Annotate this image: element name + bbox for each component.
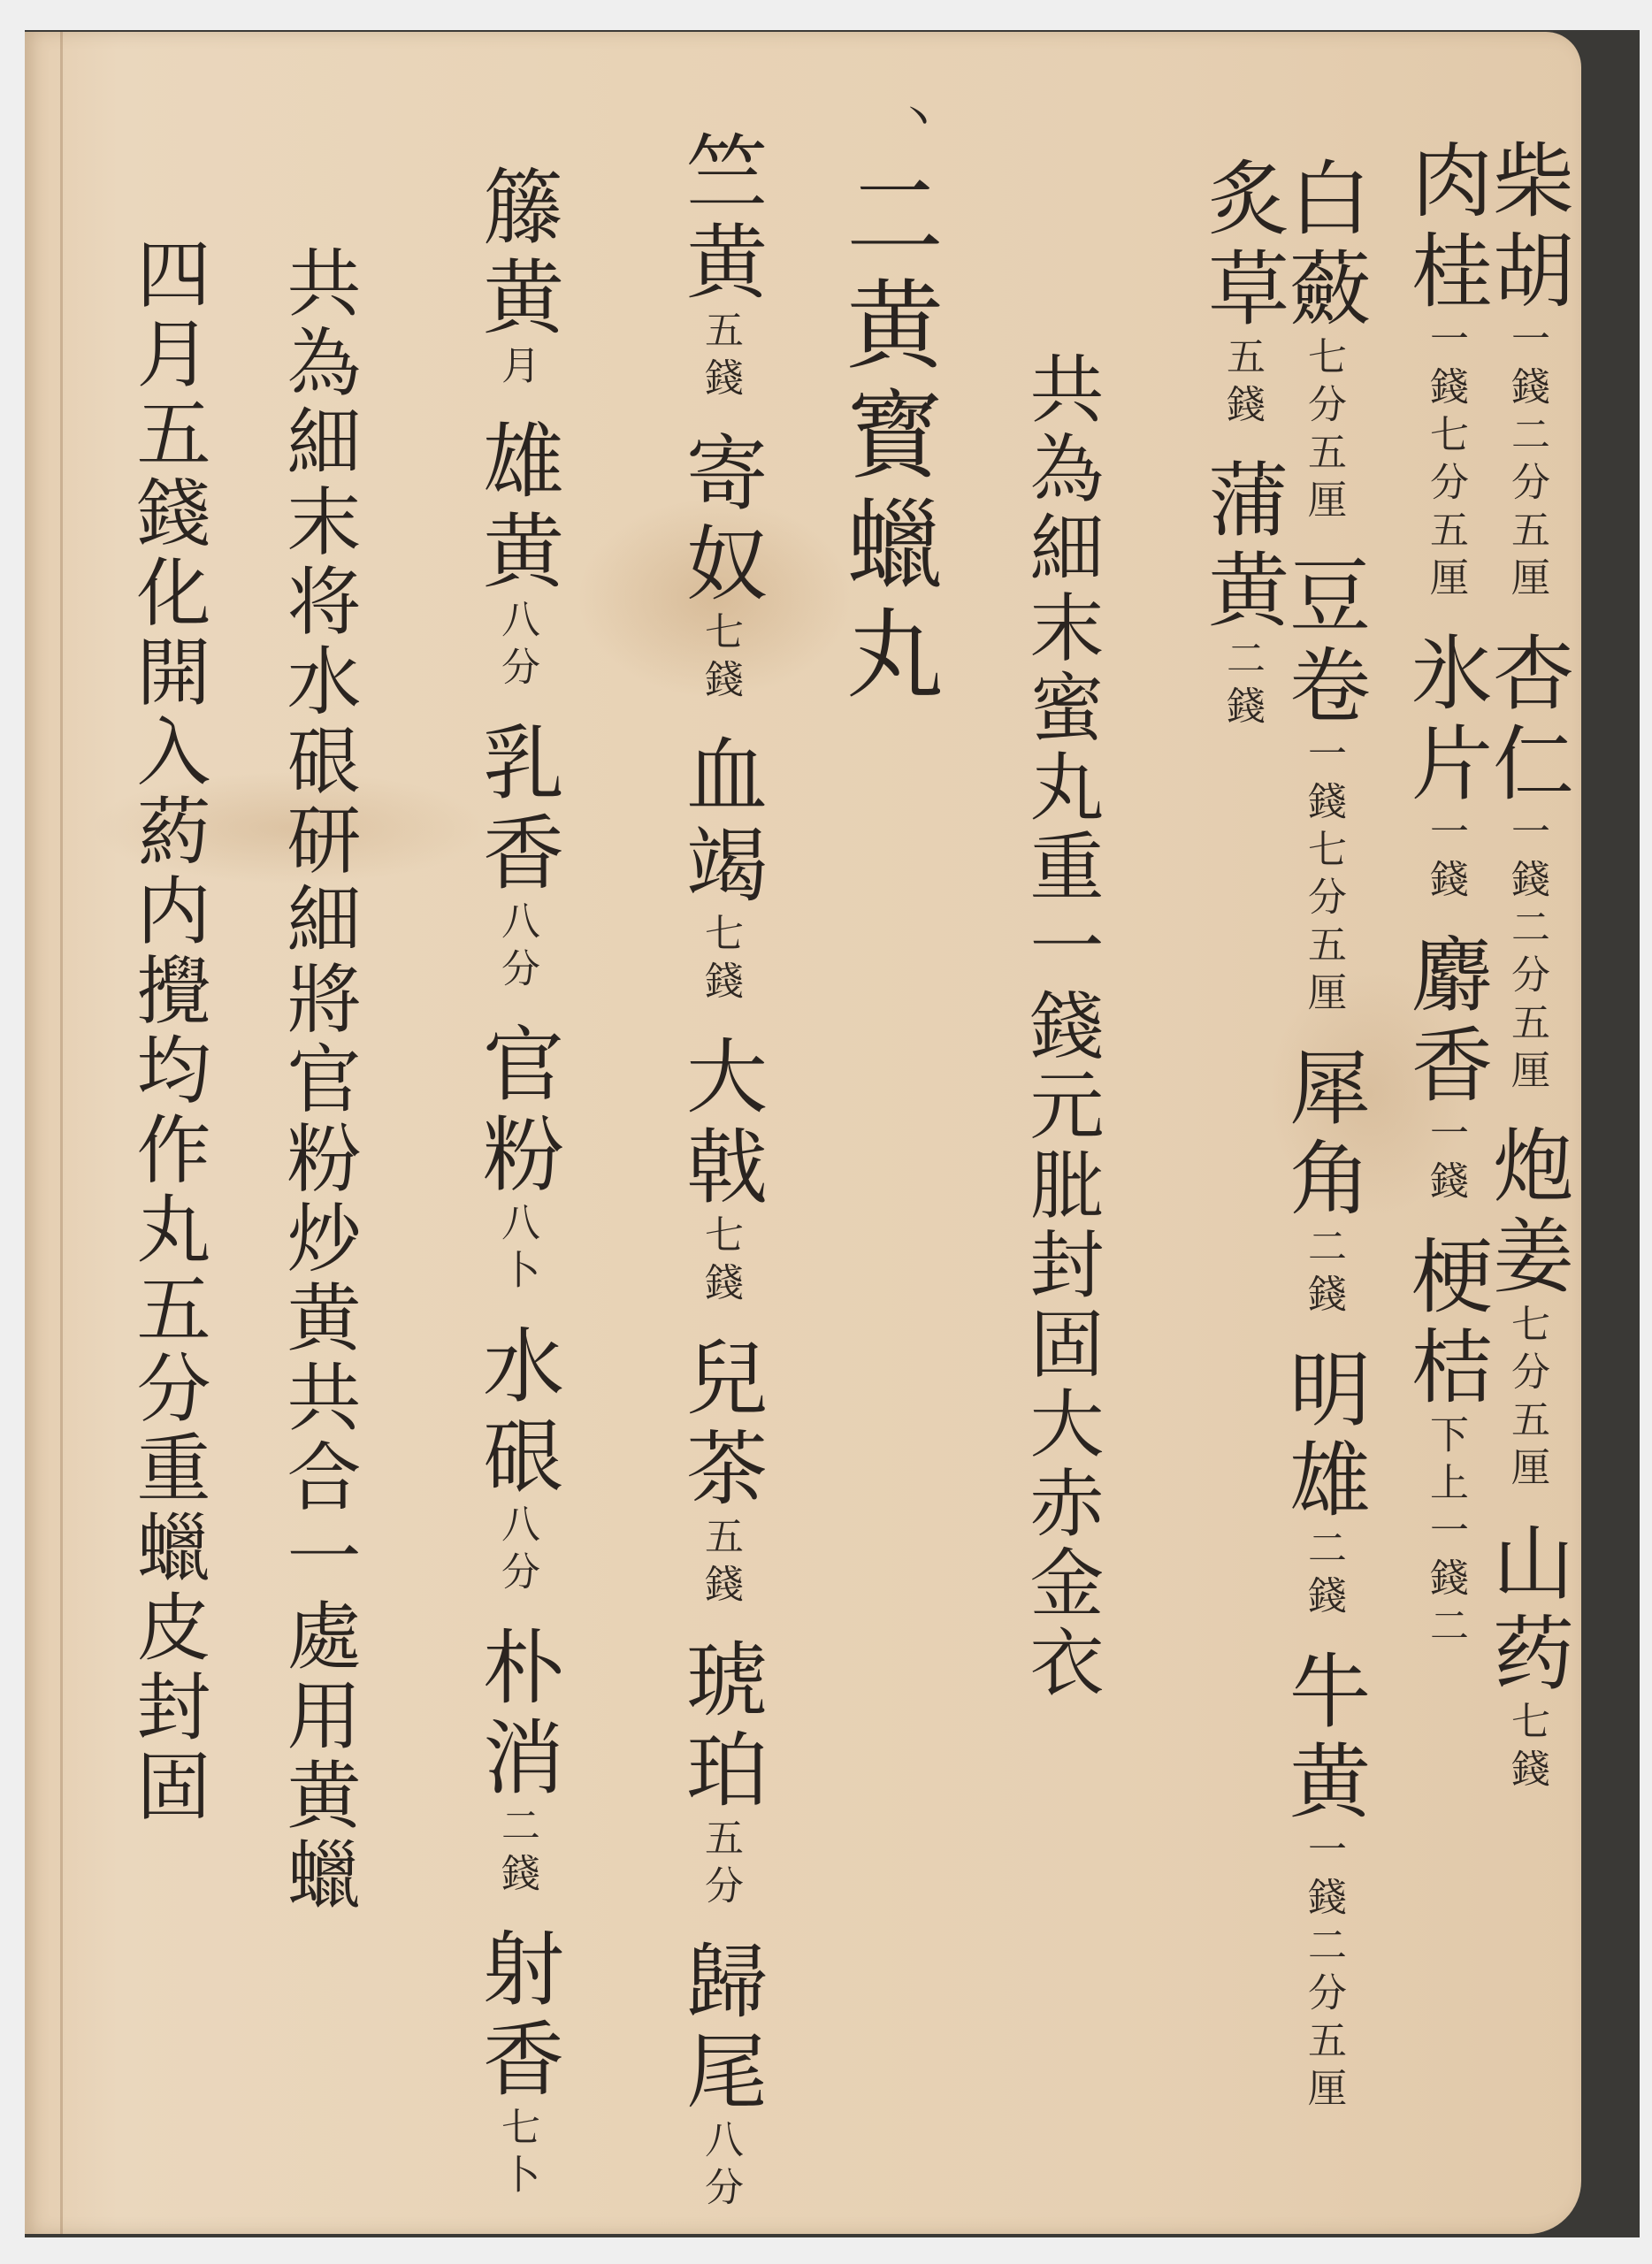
manuscript-page: 柴胡一錢二分五厘 杏仁一錢二分五厘 炮姜七分五厘 山药七錢 肉桂一錢七分五厘 氷… xyxy=(25,32,1581,2234)
ingredient: 氷片一錢 xyxy=(1404,631,1486,906)
ingredient: 杏仁一錢二分五厘 xyxy=(1486,631,1567,1098)
column-6: 籐黄月 雄黄八分 乳香八分 官粉八卜 水硍八分 朴消二錢 射香七卜 xyxy=(476,164,557,2202)
recipe-2-closing: 四月五錢化開入葯内攪均作丸五分重蠟皮封固 xyxy=(131,235,205,1827)
ingredient: 柴胡一錢二分五厘 xyxy=(1486,138,1567,605)
column-5: 竺黄五錢 寄奴七錢 血竭七錢 大戟七錢 兒茶五錢 琥珀五分 歸尾八分 xyxy=(679,129,761,2214)
column-1: 柴胡一錢二分五厘 杏仁一錢二分五厘 炮姜七分五厘 山药七錢 肉桂一錢七分五厘 氷… xyxy=(1404,138,1567,2234)
ingredient: 寄奴七錢 xyxy=(679,431,761,707)
ingredient: 竺黄五錢 xyxy=(679,129,761,405)
ingredient: 官粉八卜 xyxy=(476,1021,557,1297)
recipe-2-title: 二黄寳蠟丸 xyxy=(838,164,936,713)
ingredient: 大戟七錢 xyxy=(679,1034,761,1310)
ingredient: 乳香八分 xyxy=(476,720,557,996)
ingredient: 雄黄八分 xyxy=(476,418,557,694)
ingredient: 明雄二錢 xyxy=(1282,1347,1364,1623)
ingredient: 山药七錢 xyxy=(1486,1520,1567,1796)
ingredient: 白蘞七分五厘 xyxy=(1282,156,1364,527)
column-2: 白蘞七分五厘 豆卷一錢七分五厘 犀角二錢 明雄二錢 牛黄一錢二分五厘 炙草五錢 … xyxy=(1201,156,1364,2234)
ingredient: 琥珀五分 xyxy=(679,1637,761,1913)
section-mark: 丶 xyxy=(896,83,940,147)
ingredient: 歸尾八分 xyxy=(679,1939,761,2214)
ingredient: 兒茶五錢 xyxy=(679,1335,761,1611)
ingredient: 炮姜七分五厘 xyxy=(1486,1123,1567,1495)
recipe-2-instructions: 共為細末将水硍研細將官粉炒黄共合一處用黄蠟 xyxy=(281,244,356,1916)
ingredient: 麝香一錢 xyxy=(1404,932,1486,1208)
page-fold xyxy=(60,32,63,2234)
ingredient: 豆卷一錢七分五厘 xyxy=(1282,553,1364,1020)
recipe-1-instructions: 共為細末蜜丸重一錢元肶封固大赤金衣 xyxy=(1024,350,1098,1703)
ingredient: 水硍八分 xyxy=(476,1323,557,1599)
ingredient: 牛黄一錢二分五厘 xyxy=(1282,1648,1364,2115)
ingredient: 蒲黄二錢 xyxy=(1201,457,1282,733)
ingredient: 射香七卜 xyxy=(476,1926,557,2202)
ingredient: 肉桂一錢七分五厘 xyxy=(1404,138,1486,605)
ingredient: 血竭七錢 xyxy=(679,732,761,1008)
ingredient: 籐黄月 xyxy=(476,164,557,393)
ingredient: 炙草五錢 xyxy=(1201,156,1282,432)
ingredient: 犀角二錢 xyxy=(1282,1045,1364,1321)
ingredient: 梗桔下上一錢二 xyxy=(1404,1234,1486,1653)
ingredient: 朴消二錢 xyxy=(476,1625,557,1901)
